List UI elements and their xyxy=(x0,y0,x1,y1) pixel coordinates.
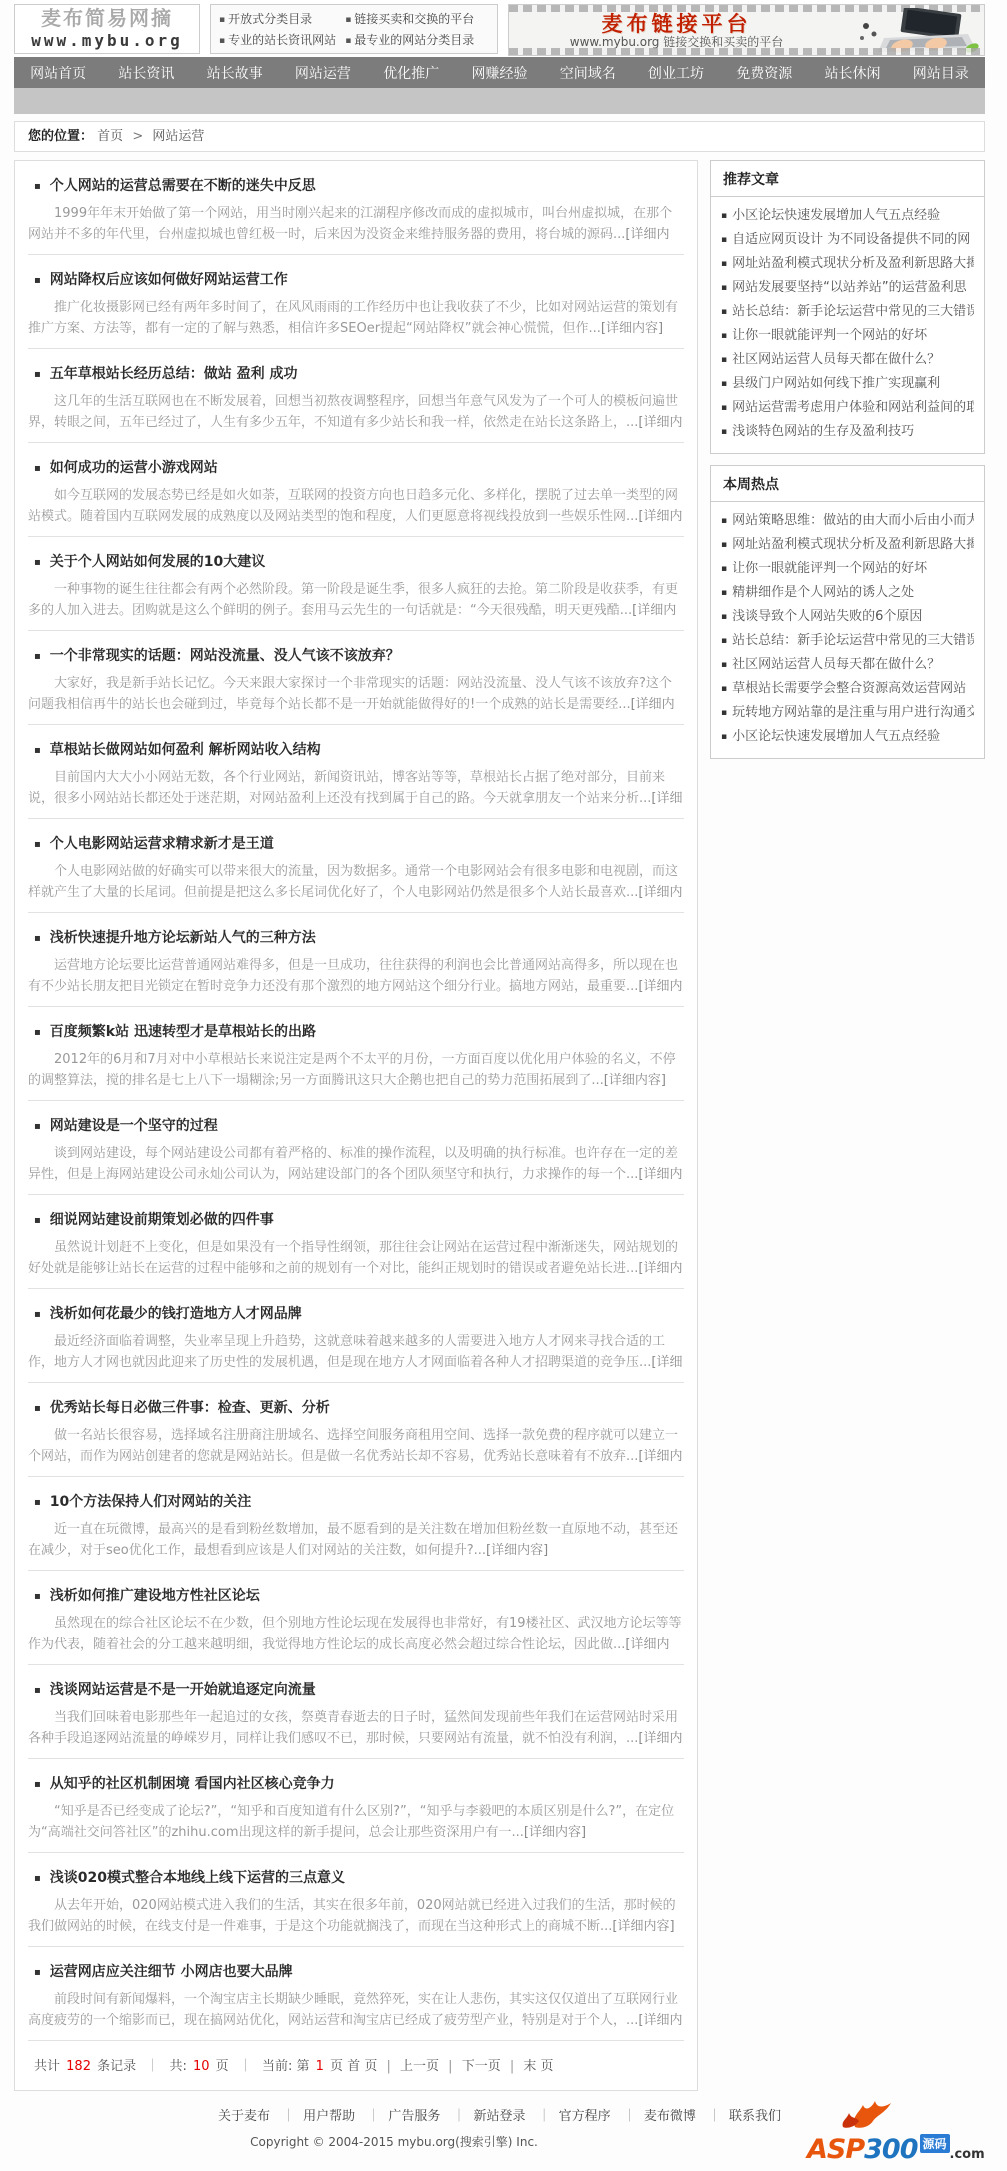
article-summary: 大家好，我是新手站长记忆。今天来跟大家探讨一个非常现实的话题：网站没流量、没人气… xyxy=(28,673,684,715)
site-logo-title: 麦布简易网摘 xyxy=(41,6,173,30)
article-title-link[interactable]: 网站建设是一个坚守的过程 xyxy=(50,1118,218,1134)
article-item: 一个非常现实的话题：网站没流量、没人气该不该放弃？ 大家好，我是新手站长记忆。今… xyxy=(28,631,684,725)
article-title: 如何成功的运营小游戏网站 xyxy=(28,453,684,479)
sidebar-article-link[interactable]: 小区论坛快速发展增加人气五点经验 xyxy=(721,725,974,749)
header-info-item: 链接买卖和交换的平台 xyxy=(345,10,491,27)
article-item: 细说网站建设前期策划必做的四件事 虽然说计划赶不上变化，但是如果没有一个指导性纲… xyxy=(28,1195,684,1289)
page: 麦布简易网摘 www.mybu.org 开放式分类目录 链接买卖和交换的平台 专… xyxy=(14,0,985,2171)
article-summary: 虽然现在的综合社区论坛不在少数，但个别地方性论坛现在发展得也非常好，有19楼社区… xyxy=(28,1613,684,1655)
sidebar-article-link[interactable]: 社区网站运营人员每天都在做什么？ xyxy=(721,653,974,677)
article-title: 个人电影网站运营求精求新才是王道 xyxy=(28,829,684,855)
article-summary: 如今互联网的发展态势已经是如火如荼，互联网的投资方向也日趋多元化、多样化，摆脱了… xyxy=(28,485,684,527)
article-title-link[interactable]: 从知乎的社区机制困境 看国内社区核心竞争力 xyxy=(50,1776,335,1792)
nav-item[interactable]: 优化推广 xyxy=(383,63,439,83)
header-info-item: 开放式分类目录 xyxy=(219,10,343,27)
sidebar-article-link[interactable]: 小区论坛快速发展增加人气五点经验 xyxy=(721,204,974,228)
nav-item[interactable]: 网站运营 xyxy=(295,63,351,83)
nav-item[interactable]: 创业工坊 xyxy=(648,63,704,83)
article-summary-text: 从去年开始，020网站模式进入我们的生活，其实在很多年前，020网站就已经进入过… xyxy=(28,1898,676,1934)
article-item: 浅谈020模式整合本地线上线下运营的三点意义 从去年开始，020网站模式进入我们… xyxy=(28,1853,684,1947)
article-title-link[interactable]: 草根站长做网站如何盈利 解析网站收入结构 xyxy=(50,742,321,758)
article-item: 浅谈网站运营是不是一开始就追逐定向流量 当我们回味着电影那些年一起追过的女孩，祭… xyxy=(28,1665,684,1759)
footer-link[interactable]: 广告服务 xyxy=(359,2109,440,2124)
header-info-box: 开放式分类目录 链接买卖和交换的平台 专业的站长资讯网站 最专业的网站分类目录 xyxy=(210,4,498,54)
breadcrumb-home-link[interactable]: 首页 xyxy=(97,129,123,144)
sidebar-article-link[interactable]: 草根站长需要学会整合资源高效运营网站 xyxy=(721,677,974,701)
pagination-pages-count: 10 xyxy=(193,2059,210,2074)
sidebar-article-link[interactable]: 社区网站运营人员每天都在做什么？ xyxy=(721,348,974,372)
article-summary: 当我们回味着电影那些年一起追过的女孩，祭奠青春逝去的日子时，猛然间发现前些年我们… xyxy=(28,1707,684,1749)
article-summary-text: 当我们回味着电影那些年一起追过的女孩，祭奠青春逝去的日子时，猛然间发现前些年我们… xyxy=(28,1710,678,1746)
article-title-link[interactable]: 浅析如何推广建设地方性社区论坛 xyxy=(50,1588,260,1604)
pagination-current-suffix: 页 xyxy=(330,2059,343,2074)
weekly-hot-box: 本周热点 网站策略思维：做站的由大而小后由小而大 网址站盈利模式现状分析及盈利新… xyxy=(710,465,985,759)
nav-item[interactable]: 网站首页 xyxy=(30,63,86,83)
article-item: 运营网店应关注细节 小网店也要大品牌 前段时间有新闻爆料，一个淘宝店主长期缺少睡… xyxy=(28,1947,684,2041)
nav-item[interactable]: 空间域名 xyxy=(560,63,616,83)
article-item: 个人网站的运营总需要在不断的迷失中反思 1999年年末开始做了第一个网站，用当时… xyxy=(28,161,684,255)
header: 麦布简易网摘 www.mybu.org 开放式分类目录 链接买卖和交换的平台 专… xyxy=(14,0,985,57)
pagination-pages-label: 共: xyxy=(169,2059,186,2074)
article-summary: 这几年的生活互联网也在不断发展着，回想当初熬夜调整程序，回想当年意气风发为了一个… xyxy=(28,391,684,433)
article-title-link[interactable]: 10个方法保持人们对网站的关注 xyxy=(50,1494,251,1510)
article-more-link[interactable]: [详细内容] xyxy=(524,1825,586,1840)
article-summary: 目前国内大大小小网站无数，各个行业网站，新闻资讯站，博客站等等，草根站长占据了绝… xyxy=(28,767,684,809)
article-summary: 做一名站长很容易，选择域名注册商注册域名、选择空间服务商租用空间、选择一款免费的… xyxy=(28,1425,684,1467)
pagination-bar: | xyxy=(386,2059,390,2074)
pagination-separator: ｜ xyxy=(146,2059,159,2074)
article-title: 百度频繁k站 迅速转型才是草根站长的出路 xyxy=(28,1017,684,1043)
asp300-text-300: 300 xyxy=(864,2134,917,2165)
article-summary-text: 个人电影网站做的好确实可以带来很大的流量，因为数据多。通常一个电影网站会有很多电… xyxy=(28,864,678,900)
footer-link[interactable]: 新站登录 xyxy=(444,2109,525,2124)
article-title-link[interactable]: 五年草根站长经历总结：做站 盈利 成功 xyxy=(50,366,298,382)
breadcrumb-label: 您的位置： xyxy=(28,129,93,144)
footer-link[interactable]: 用户帮助 xyxy=(274,2109,355,2124)
article-title: 网站降权后应该如何做好网站运营工作 xyxy=(28,265,684,291)
article-summary-text: 最近经济面临着调整，失业率呈现上升趋势，这就意味着越来越多的人需要进入地方人才网… xyxy=(28,1334,665,1370)
weekly-hot-list: 网站策略思维：做站的由大而小后由小而大 网址站盈利模式现状分析及盈利新思路大揭 … xyxy=(711,502,984,758)
article-title-link[interactable]: 优秀站长每日必做三件事：检查、更新、分析 xyxy=(50,1400,330,1416)
article-title: 浅析如何推广建设地方性社区论坛 xyxy=(28,1581,684,1607)
pagination-total-suffix: 条记录 xyxy=(97,2059,136,2074)
article-summary-text: 大家好，我是新手站长记忆。今天来跟大家探讨一个非常现实的话题：网站没流量、没人气… xyxy=(28,676,672,712)
article-title: 五年草根站长经历总结：做站 盈利 成功 xyxy=(28,359,684,385)
pagination-bar: | xyxy=(510,2059,514,2074)
article-title-link[interactable]: 浅谈020模式整合本地线上线下运营的三点意义 xyxy=(50,1870,345,1886)
article-summary-text: 目前国内大大小小网站无数，各个行业网站，新闻资讯站，博客站等等，草根站长占据了绝… xyxy=(28,770,665,806)
footer-links: 关于麦布 用户帮助 广告服务 新站登录 官方程序 麦布微博 联系我们 xyxy=(120,2105,880,2124)
article-title-link[interactable]: 一个非常现实的话题：网站没流量、没人气该不该放弃？ xyxy=(50,648,400,664)
sidebar-article-link[interactable]: 让你一眼就能评判一个网站的好坏 xyxy=(721,324,974,348)
main-nav: 网站首页 站长资讯 站长故事 网站运营 优化推广 网赚经验 空间域名 创业工坊 … xyxy=(14,57,985,88)
article-title-link[interactable]: 浅析如何花最少的钱打造地方人才网品牌 xyxy=(50,1306,302,1322)
article-title: 从知乎的社区机制困境 看国内社区核心竞争力 xyxy=(28,1769,684,1795)
article-summary: 一种事物的诞生往往都会有两个必然阶段。第一阶段是诞生季，很多人疯狂的去抢。第二阶… xyxy=(28,579,684,621)
article-summary: “知乎是否已经变成了论坛?”，“知乎和百度知道有什么区别?”，“知乎与李毅吧的本… xyxy=(28,1801,684,1843)
pagination-prev-link[interactable]: 上一页 xyxy=(400,2059,439,2074)
weekly-hot-title: 本周热点 xyxy=(711,466,984,502)
nav-item[interactable]: 站长资讯 xyxy=(118,63,174,83)
article-item: 个人电影网站运营求精求新才是王道 个人电影网站做的好确实可以带来很大的流量，因为… xyxy=(28,819,684,913)
asp300-text-asp: ASP xyxy=(807,2134,864,2165)
asp300-dotcom: .com xyxy=(950,2147,985,2162)
copyright: Copyright © 2004-2015 mybu.org(搜索引擎) Inc… xyxy=(14,2133,774,2150)
sidebar-article-link[interactable]: 站长总结：新手论坛运营中常见的三大错误 xyxy=(721,629,974,653)
article-title: 个人网站的运营总需要在不断的迷失中反思 xyxy=(28,171,684,197)
article-summary: 从去年开始，020网站模式进入我们的生活，其实在很多年前，020网站就已经进入过… xyxy=(28,1895,684,1937)
article-summary-text: 如今互联网的发展态势已经是如火如荼，互联网的投资方向也日趋多元化、多样化，摆脱了… xyxy=(28,488,678,524)
article-more-link[interactable]: [详细内容] xyxy=(601,321,663,336)
article-summary: 1999年年末开始做了第一个网站，用当时刚兴起来的江湖程序修改而成的虚拟城市，叫… xyxy=(28,203,684,245)
article-title-link[interactable]: 运营网店应关注细节 小网店也要大品牌 xyxy=(50,1964,293,1980)
article-more-link[interactable]: [详细内容] xyxy=(486,1543,548,1558)
pagination-current-label: 当前: 第 xyxy=(262,2059,310,2074)
footer-link[interactable]: 麦布微博 xyxy=(615,2109,696,2124)
breadcrumb-separator: > xyxy=(132,129,143,144)
footer: 关于麦布 用户帮助 广告服务 新站登录 官方程序 麦布微博 联系我们 Copyr… xyxy=(14,2091,985,2171)
article-summary-text: 做一名站长很容易，选择域名注册商注册域名、选择空间服务商租用空间、选择一款免费的… xyxy=(28,1428,678,1464)
article-more-link[interactable]: [详细内容] xyxy=(612,1919,674,1934)
pagination: 共计 182 条记录 ｜ 共: 10 页 ｜ 当前: 第 1 页 首 页 | 上… xyxy=(28,2041,684,2090)
article-summary-text: 运营地方论坛要比运营普通网站难得多，但是一旦成功，往往获得的利润也会比普通网站高… xyxy=(28,958,678,994)
sidebar-article-link[interactable]: 网站策略思维：做站的由大而小后由小而大 xyxy=(721,509,974,533)
article-title: 浅析如何花最少的钱打造地方人才网品牌 xyxy=(28,1299,684,1325)
article-title: 优秀站长每日必做三件事：检查、更新、分析 xyxy=(28,1393,684,1419)
site-logo[interactable]: 麦布简易网摘 www.mybu.org xyxy=(14,4,200,54)
header-info-item: 专业的站长资讯网站 xyxy=(219,31,343,48)
breadcrumb: 您的位置： 首页 > 网站运营 xyxy=(14,121,985,152)
article-summary: 最近经济面临着调整，失业率呈现上升趋势，这就意味着越来越多的人需要进入地方人才网… xyxy=(28,1331,684,1373)
article-title: 运营网店应关注细节 小网店也要大品牌 xyxy=(28,1957,684,1983)
article-title-link[interactable]: 浅谈网站运营是不是一开始就追逐定向流量 xyxy=(50,1682,316,1698)
sidebar-article-link[interactable]: 让你一眼就能评判一个网站的好坏 xyxy=(721,557,974,581)
article-item: 关于个人网站如何发展的10大建议 一种事物的诞生往往都会有两个必然阶段。第一阶段… xyxy=(28,537,684,631)
site-logo-url: www.mybu.org xyxy=(31,30,183,52)
pagination-first-link[interactable]: 首 页 xyxy=(347,2059,377,2074)
article-summary-text: 1999年年末开始做了第一个网站，用当时刚兴起来的江湖程序修改而成的虚拟城市，叫… xyxy=(28,206,672,242)
pagination-pages-suffix: 页 xyxy=(216,2059,229,2074)
article-title: 10个方法保持人们对网站的关注 xyxy=(28,1487,684,1513)
nav-substrip xyxy=(14,88,985,114)
article-title-link[interactable]: 个人网站的运营总需要在不断的迷失中反思 xyxy=(50,178,316,194)
sidebar-article-link[interactable]: 浅谈导致个人网站失败的6个原因 xyxy=(721,605,974,629)
sidebar-article-link[interactable]: 浅谈特色网站的生存及盈利技巧 xyxy=(721,420,974,444)
breadcrumb-current-link[interactable]: 网站运营 xyxy=(152,129,204,144)
footer-link[interactable]: 官方程序 xyxy=(530,2109,611,2124)
article-summary-text: 近一直在玩微博，最高兴的是看到粉丝数增加，最不愿看到的是关注数在增加但粉丝数一直… xyxy=(28,1522,678,1558)
article-summary-text: 谈到网站建设，每个网站建设公司都有着严格的、标准的操作流程，以及明确的执行标准。… xyxy=(28,1146,678,1182)
article-item: 浅析快速提升地方论坛新站人气的三种方法 运营地方论坛要比运营普通网站难得多，但是… xyxy=(28,913,684,1007)
article-title-link[interactable]: 如何成功的运营小游戏网站 xyxy=(50,460,218,476)
article-title: 一个非常现实的话题：网站没流量、没人气该不该放弃？ xyxy=(28,641,684,667)
sidebar-article-link[interactable]: 玩转地方网站靠的是注重与用户进行沟通交 xyxy=(721,701,974,725)
article-title: 浅谈网站运营是不是一开始就追逐定向流量 xyxy=(28,1675,684,1701)
article-title: 细说网站建设前期策划必做的四件事 xyxy=(28,1205,684,1231)
article-summary-text: 这几年的生活互联网也在不断发展着，回想当初熬夜调整程序，回想当年意气风发为了一个… xyxy=(28,394,678,430)
banner-title: 麦布链接平台 xyxy=(509,13,844,35)
sidebar-article-link[interactable]: 自适应网页设计 为不同设备提供不同的网 xyxy=(721,228,974,252)
nav-item[interactable]: 网站目录 xyxy=(913,63,969,83)
filmstrip-decoration-bottom xyxy=(509,48,984,55)
article-item: 草根站长做网站如何盈利 解析网站收入结构 目前国内大大小小网站无数，各个行业网站… xyxy=(28,725,684,819)
article-summary: 运营地方论坛要比运营普通网站难得多，但是一旦成功，往往获得的利润也会比普通网站高… xyxy=(28,955,684,997)
content: 个人网站的运营总需要在不断的迷失中反思 1999年年末开始做了第一个网站，用当时… xyxy=(14,160,985,2091)
article-summary-text: 一种事物的诞生往往都会有两个必然阶段。第一阶段是诞生季，很多人疯狂的去抢。第二阶… xyxy=(28,582,678,618)
article-item: 浅析如何花最少的钱打造地方人才网品牌 最近经济面临着调整，失业率呈现上升趋势，这… xyxy=(28,1289,684,1383)
article-summary-text: 虽然现在的综合社区论坛不在少数，但个别地方性论坛现在发展得也非常好，有19楼社区… xyxy=(28,1616,682,1652)
article-summary: 谈到网站建设，每个网站建设公司都有着严格的、标准的操作流程，以及明确的执行标准。… xyxy=(28,1143,684,1185)
article-title-link[interactable]: 百度频繁k站 迅速转型才是草根站长的出路 xyxy=(50,1024,316,1040)
footer-link[interactable]: 联系我们 xyxy=(700,2109,781,2124)
asp300-logo[interactable]: ASP300源码.com xyxy=(807,2097,985,2169)
article-title-link[interactable]: 网站降权后应该如何做好网站运营工作 xyxy=(50,272,288,288)
article-more-link[interactable]: [详细内容] xyxy=(604,1073,666,1088)
article-list: 个人网站的运营总需要在不断的迷失中反思 1999年年末开始做了第一个网站，用当时… xyxy=(28,161,684,2041)
article-summary: 虽然说计划赶不上变化，但是如果没有一个指导性纲领，那往往会让网站在运营过程中渐渐… xyxy=(28,1237,684,1279)
article-summary: 个人电影网站做的好确实可以带来很大的流量，因为数据多。通常一个电影网站会有很多电… xyxy=(28,861,684,903)
nav-item[interactable]: 站长故事 xyxy=(207,63,263,83)
article-title-link[interactable]: 浅析快速提升地方论坛新站人气的三种方法 xyxy=(50,930,316,946)
article-title: 关于个人网站如何发展的10大建议 xyxy=(28,547,684,573)
article-title-link[interactable]: 个人电影网站运营求精求新才是王道 xyxy=(50,836,274,852)
article-item: 五年草根站长经历总结：做站 盈利 成功 这几年的生活互联网也在不断发展着，回想当… xyxy=(28,349,684,443)
header-info-item: 最专业的网站分类目录 xyxy=(345,31,491,48)
article-title: 浅谈020模式整合本地线上线下运营的三点意义 xyxy=(28,1863,684,1889)
article-summary: 2012年的6月和7月对中小草根站长来说注定是两个不太平的月份，一方面百度以优化… xyxy=(28,1049,684,1091)
nav-item[interactable]: 免费资源 xyxy=(736,63,792,83)
flame-icon xyxy=(825,2097,895,2131)
article-item: 优秀站长每日必做三件事：检查、更新、分析 做一名站长很容易，选择域名注册商注册域… xyxy=(28,1383,684,1477)
article-title: 草根站长做网站如何盈利 解析网站收入结构 xyxy=(28,735,684,761)
article-title: 网站建设是一个坚守的过程 xyxy=(28,1111,684,1137)
asp300-source-badge: 源码 xyxy=(920,2134,950,2153)
sidebar-article-link[interactable]: 网址站盈利模式现状分析及盈利新思路大揭 xyxy=(721,533,974,557)
recommended-articles-title: 推荐文章 xyxy=(711,161,984,197)
sidebar-article-link[interactable]: 县级门户网站如何线下推广实现赢利 xyxy=(721,372,974,396)
sidebar-article-link[interactable]: 网址站盈利模式现状分析及盈利新思路大揭 xyxy=(721,252,974,276)
article-item: 网站降权后应该如何做好网站运营工作 推广化妆摄影网已经有两年多时间了，在风风雨雨… xyxy=(28,255,684,349)
pagination-last-link[interactable]: 末 页 xyxy=(523,2059,553,2074)
article-title-link[interactable]: 细说网站建设前期策划必做的四件事 xyxy=(50,1212,274,1228)
recommended-articles-list: 小区论坛快速发展增加人气五点经验 自适应网页设计 为不同设备提供不同的网 网址站… xyxy=(711,197,984,453)
article-summary: 前段时间有新闻爆料，一个淘宝店主长期缺少睡眠，竟然猝死，实在让人悲伤，其实这仅仅… xyxy=(28,1989,684,2031)
sidebar-article-link[interactable]: 网站发展要坚持“以站养站”的运营盈利思 xyxy=(721,276,974,300)
pagination-next-link[interactable]: 下一页 xyxy=(462,2059,501,2074)
article-title: 浅析快速提升地方论坛新站人气的三种方法 xyxy=(28,923,684,949)
article-item: 如何成功的运营小游戏网站 如今互联网的发展态势已经是如火如荼，互联网的投资方向也… xyxy=(28,443,684,537)
sidebar-article-link[interactable]: 精耕细作是个人网站的诱人之处 xyxy=(721,581,974,605)
asp300-wordmark: ASP300源码.com xyxy=(807,2134,985,2165)
article-list-box: 个人网站的运营总需要在不断的迷失中反思 1999年年末开始做了第一个网站，用当时… xyxy=(14,160,698,2091)
footer-link[interactable]: 关于麦布 xyxy=(218,2109,270,2124)
sidebar-article-link[interactable]: 网站运营需考虑用户体验和网站利益间的取 xyxy=(721,396,974,420)
article-summary-text: 2012年的6月和7月对中小草根站长来说注定是两个不太平的月份，一方面百度以优化… xyxy=(28,1052,676,1088)
article-summary: 近一直在玩微博，最高兴的是看到粉丝数增加，最不愿看到的是关注数在增加但粉丝数一直… xyxy=(28,1519,684,1561)
article-item: 10个方法保持人们对网站的关注 近一直在玩微博，最高兴的是看到粉丝数增加，最不愿… xyxy=(28,1477,684,1571)
article-title-link[interactable]: 关于个人网站如何发展的10大建议 xyxy=(50,554,265,570)
article-item: 网站建设是一个坚守的过程 谈到网站建设，每个网站建设公司都有着严格的、标准的操作… xyxy=(28,1101,684,1195)
article-item: 从知乎的社区机制困境 看国内社区核心竞争力 “知乎是否已经变成了论坛?”，“知乎… xyxy=(28,1759,684,1853)
article-item: 浅析如何推广建设地方性社区论坛 虽然现在的综合社区论坛不在少数，但个别地方性论坛… xyxy=(28,1571,684,1665)
nav-item[interactable]: 站长休闲 xyxy=(825,63,881,83)
sidebar: 推荐文章 小区论坛快速发展增加人气五点经验 自适应网页设计 为不同设备提供不同的… xyxy=(710,160,985,770)
article-summary: 推广化妆摄影网已经有两年多时间了，在风风雨雨的工作经历中也让我收获了不少，比如对… xyxy=(28,297,684,339)
banner-text: 麦布链接平台 www.mybu.org 链接交换和买卖的平台 xyxy=(509,13,844,47)
pagination-total-count: 182 xyxy=(66,2059,91,2074)
header-banner-ad[interactable]: 麦布链接平台 www.mybu.org 链接交换和买卖的平台 xyxy=(508,4,985,56)
pagination-current-page: 1 xyxy=(316,2059,324,2074)
article-summary-text: 虽然说计划赶不上变化，但是如果没有一个指导性纲领，那往往会让网站在运营过程中渐渐… xyxy=(28,1240,678,1276)
article-summary-text: 前段时间有新闻爆料，一个淘宝店主长期缺少睡眠，竟然猝死，实在让人悲伤，其实这仅仅… xyxy=(28,1992,678,2028)
article-summary-text: 推广化妆摄影网已经有两年多时间了，在风风雨雨的工作经历中也让我收获了不少，比如对… xyxy=(28,300,678,336)
sidebar-article-link[interactable]: 站长总结：新手论坛运营中常见的三大错误 xyxy=(721,300,974,324)
article-item: 百度频繁k站 迅速转型才是草根站长的出路 2012年的6月和7月对中小草根站长来… xyxy=(28,1007,684,1101)
pagination-bar: | xyxy=(448,2059,452,2074)
pagination-separator: ｜ xyxy=(239,2059,252,2074)
recommended-articles-box: 推荐文章 小区论坛快速发展增加人气五点经验 自适应网页设计 为不同设备提供不同的… xyxy=(710,160,985,454)
nav-item[interactable]: 网赚经验 xyxy=(471,63,527,83)
pagination-total-label: 共计 xyxy=(34,2059,60,2074)
